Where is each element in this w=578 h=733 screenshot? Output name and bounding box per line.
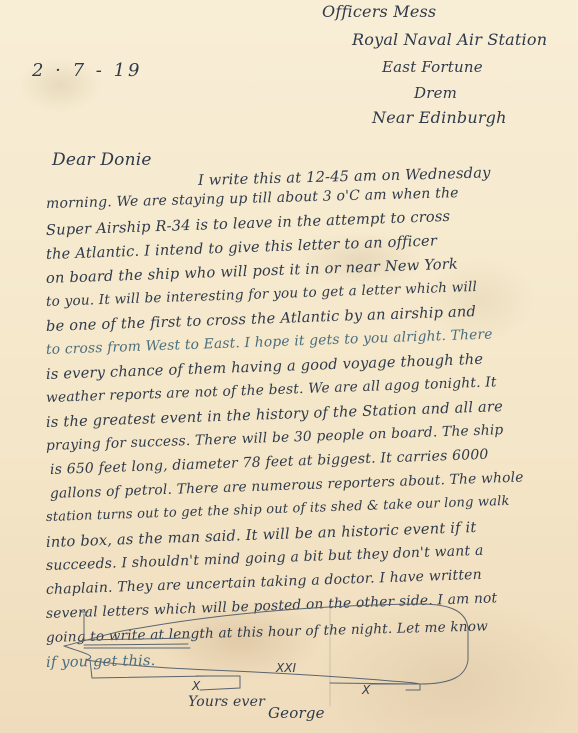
airship-sketch: X XXI X bbox=[0, 0, 578, 733]
closing: Yours ever bbox=[188, 694, 265, 710]
signature: George bbox=[268, 704, 325, 722]
sketch-mark: X bbox=[191, 679, 201, 693]
sketch-mark: XXI bbox=[275, 661, 296, 675]
sketch-mark: X bbox=[361, 683, 371, 697]
